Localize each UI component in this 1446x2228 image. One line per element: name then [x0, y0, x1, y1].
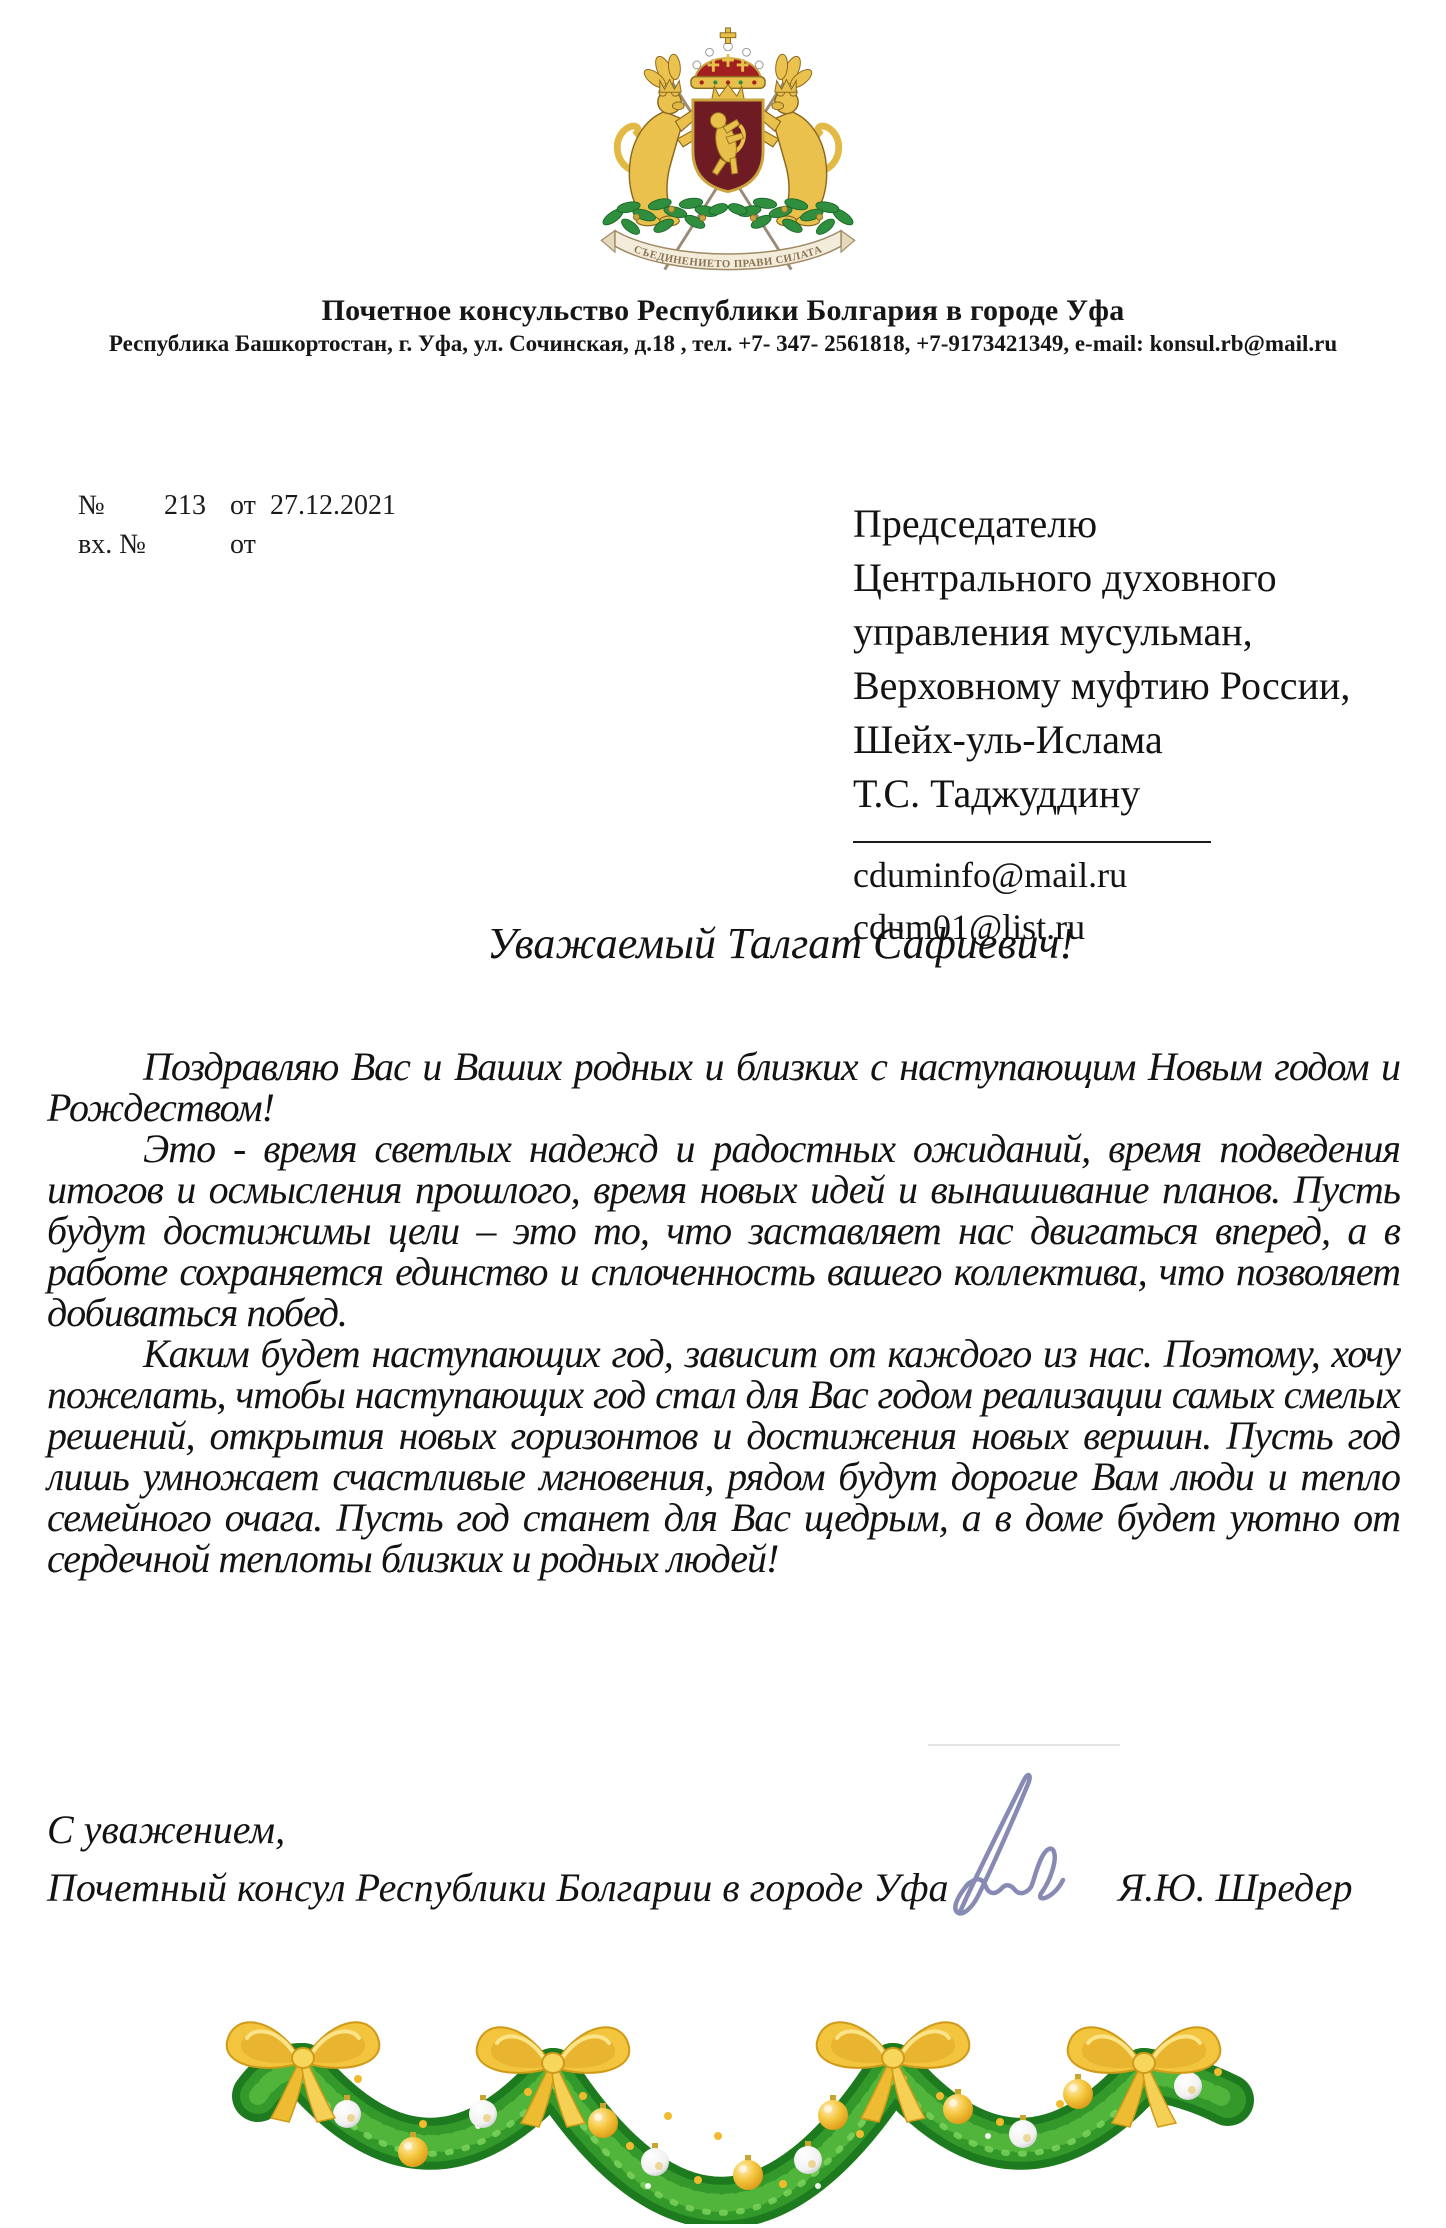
- recipient-underline: [853, 823, 1211, 843]
- letter-date: 27.12.2021: [270, 490, 396, 522]
- bulgaria-coat-of-arms: СЪЕДИНЕНИЕТО ПРАВИ СИЛАТА: [572, 24, 884, 292]
- salutation: Уважаемый Талгат Сафиевич!: [487, 918, 1074, 969]
- letter-body: Поздравляю Вас и Ваших родных и близких …: [47, 1046, 1400, 1579]
- body-paragraph: Это - время светлых надежд и радостных о…: [47, 1128, 1400, 1333]
- recipient-line: управления мусульман,: [853, 605, 1418, 659]
- consulate-name: Почетное консульство Республики Болгария…: [0, 294, 1446, 328]
- outgoing-number-row: № 213 от 27.12.2021: [78, 490, 458, 529]
- body-paragraph: Каким будет наступающих год, зависит от …: [47, 1333, 1400, 1579]
- number-sign: №: [78, 490, 105, 522]
- incoming-from-label: от: [230, 529, 256, 561]
- consulate-address: Республика Башкортостан, г. Уфа, ул. Соч…: [0, 331, 1446, 357]
- faint-line: [928, 1744, 1120, 1746]
- from-label: от: [230, 490, 256, 522]
- email-address: cduminfo@mail.ru: [853, 849, 1418, 901]
- recipient-block: Председателю Центрального духовного упра…: [853, 497, 1418, 953]
- incoming-number-sign: вх. №: [78, 529, 146, 561]
- closing-line: С уважением,: [47, 1806, 285, 1853]
- consul-title-line: Почетный консул Республики Болгарии в го…: [47, 1864, 948, 1911]
- recipient-line: Центрального духовного: [853, 551, 1418, 605]
- incoming-number-row: вх. № от: [78, 529, 458, 568]
- recipient-name: Т.С. Таджуддину: [853, 767, 1418, 821]
- consulate-letter-page: СЪЕДИНЕНИЕТО ПРАВИ СИЛАТА Почетное консу…: [0, 0, 1446, 2228]
- body-paragraph: Поздравляю Вас и Ваших родных и близких …: [47, 1046, 1400, 1128]
- consul-name: Я.Ю. Шредер: [1118, 1864, 1353, 1911]
- recipient-line: Председателю: [853, 497, 1418, 551]
- recipient-line: Шейх-уль-Ислама: [853, 713, 1418, 767]
- christmas-garland: [198, 1984, 1310, 2224]
- handwritten-signature: [928, 1760, 1113, 1925]
- recipient-line: Верховному муфтию России,: [853, 659, 1418, 713]
- reference-block: № 213 от 27.12.2021 вх. № от: [78, 490, 458, 568]
- outgoing-number: 213: [164, 490, 206, 522]
